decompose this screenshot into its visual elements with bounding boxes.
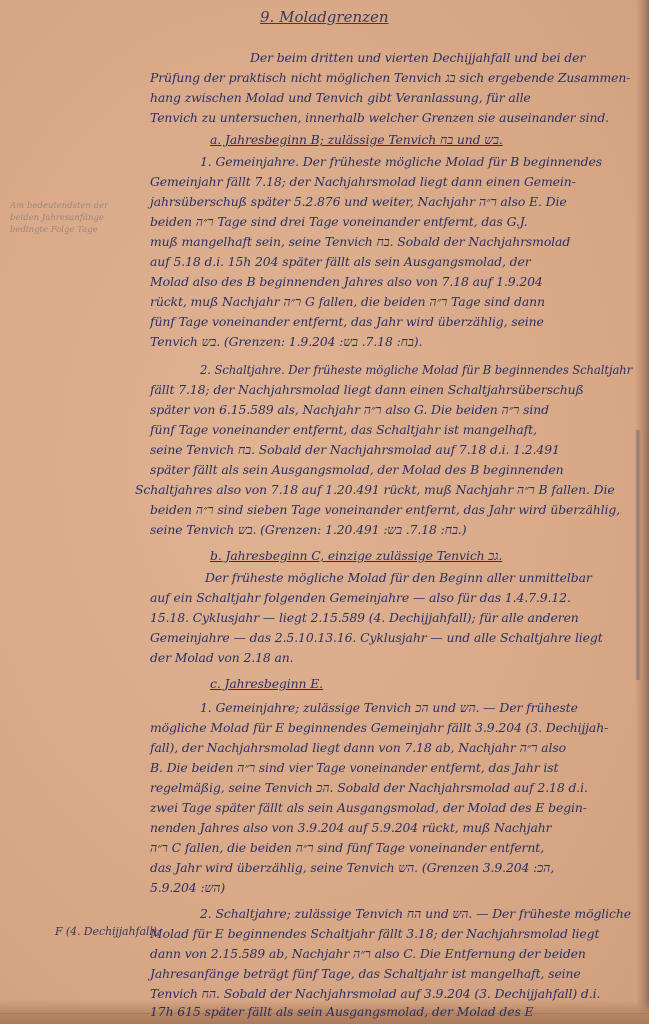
text-line: 1. Gemeinjahre; zulässige Tenvich הכ und… xyxy=(200,700,578,716)
text-line: dann von 2.15.589 ab, Nachjahr ר״ה also … xyxy=(150,946,586,962)
text-line: Tenvich בש. (Grenzen: בח: 7.18. בש: 1.9.… xyxy=(150,334,422,350)
text-line: Schaltjahres also von 7.18 auf 1.20.491 … xyxy=(135,482,615,498)
text-line: das Jahr wird überzählig, seine Tenvich … xyxy=(150,860,554,876)
intro-line: Der beim dritten und vierten Dechijjahfa… xyxy=(250,50,585,65)
text-line: 2. Schaltjahre. Der früheste mögliche Mo… xyxy=(200,362,632,377)
text-line: 2. Schaltjahre; zulässige Tenvich הח und… xyxy=(200,906,631,922)
text-line: seine Tenvich בש. (Grenzen: בח: 7.18. בש… xyxy=(150,522,466,538)
text-line: Molad für E beginnendes Schaltjahr fällt… xyxy=(150,926,599,941)
binding-shadow xyxy=(635,430,641,680)
text-line: 1. Gemeinjahre. Der früheste mögliche Mo… xyxy=(200,154,602,169)
text-line: nenden Jahres also von 3.9.204 auf 5.9.2… xyxy=(150,820,551,835)
margin-note: Am bedeutendsten der beiden Jahresanfäng… xyxy=(10,200,130,236)
intro-line: Tenvich zu untersuchen, innerhalb welche… xyxy=(150,110,609,125)
text-line: zwei Tage später fällt als sein Ausgangs… xyxy=(150,800,587,815)
text-line: Molad also des B beginnenden Jahres also… xyxy=(150,274,543,289)
text-line: הש: 5.9.204) xyxy=(150,880,225,896)
section-heading: a. Jahresbeginn B; zulässige Tenvich בח … xyxy=(210,132,503,148)
text-line: Der früheste mögliche Molad für den Begi… xyxy=(205,570,592,585)
manuscript-page: 9. Moladgrenzen Der beim dritten und vie… xyxy=(0,0,649,1024)
text-line: der Molad von 2.18 an. xyxy=(150,650,294,665)
section-heading: b. Jahresbeginn C, einzige zulässige Ten… xyxy=(210,548,502,564)
text-line: auf 5.18 d.i. 15h 204 später fällt als s… xyxy=(150,254,531,269)
text-line: fünf Tage voneinander entfernt, das Jahr… xyxy=(150,314,544,329)
text-line: rückt, muß Nachjahr ר״ה G fallen, die be… xyxy=(150,294,545,310)
text-line: später von 6.15.589 als, Nachjahr ר״ה al… xyxy=(150,402,549,418)
text-line: später fällt als sein Ausgangsmolad, der… xyxy=(150,462,564,477)
text-line: seine Tenvich בח. Sobald der Nachjahrsmo… xyxy=(150,442,560,458)
text-line: muß mangelhaft sein, seine Tenvich בח. S… xyxy=(150,234,570,250)
text-line: jahrsüberschuß später 5.2.876 und weiter… xyxy=(150,194,567,210)
text-line: 15.18. Cyklusjahr — liegt 2.15.589 (4. D… xyxy=(150,610,579,625)
text-line: ר״ה C fallen, die beiden ר״ה sind fünf T… xyxy=(150,840,544,856)
text-line: auf ein Schaltjahr folgenden Gemeinjahre… xyxy=(150,590,571,605)
page-heading: 9. Moladgrenzen xyxy=(260,8,389,26)
text-line: fünf Tage voneinander entfernt, das Scha… xyxy=(150,422,537,437)
intro-line: Prüfung der praktisch nicht möglichen Te… xyxy=(150,70,630,86)
text-line: beiden ר״ה sind sieben Tage voneinander … xyxy=(150,502,620,518)
text-line: mögliche Molad für E beginnendes Gemeinj… xyxy=(150,720,608,735)
text-line: Gemeinjahr fällt 7.18; der Nachjahrsmola… xyxy=(150,174,576,189)
text-line: fällt 7.18; der Nachjahrsmolad liegt dan… xyxy=(150,382,584,397)
margin-note: F (4. Dechijjahfall); xyxy=(55,925,161,938)
text-line: Jahresanfänge beträgt fünf Tage, das Sch… xyxy=(150,966,581,981)
text-line: Gemeinjahre — das 2.5.10.13.16. Cyklusja… xyxy=(150,630,603,645)
section-heading: c. Jahresbeginn E. xyxy=(210,676,323,691)
text-line: regelmäßig, seine Tenvich הכ. Sobald der… xyxy=(150,780,588,796)
text-line: 17h 615 später fällt als sein Ausgangsmo… xyxy=(150,1004,534,1019)
text-line: B. Die beiden ר״ה sind vier Tage voneina… xyxy=(150,760,558,776)
intro-line: hang zwischen Molad und Tenvich gibt Ver… xyxy=(150,90,531,105)
text-line: Tenvich הח. Sobald der Nachjahrsmolad au… xyxy=(150,986,600,1002)
text-line: fall), der Nachjahrsmolad liegt dann von… xyxy=(150,740,566,756)
text-line: beiden ר״ה Tage sind drei Tage voneinand… xyxy=(150,214,528,230)
